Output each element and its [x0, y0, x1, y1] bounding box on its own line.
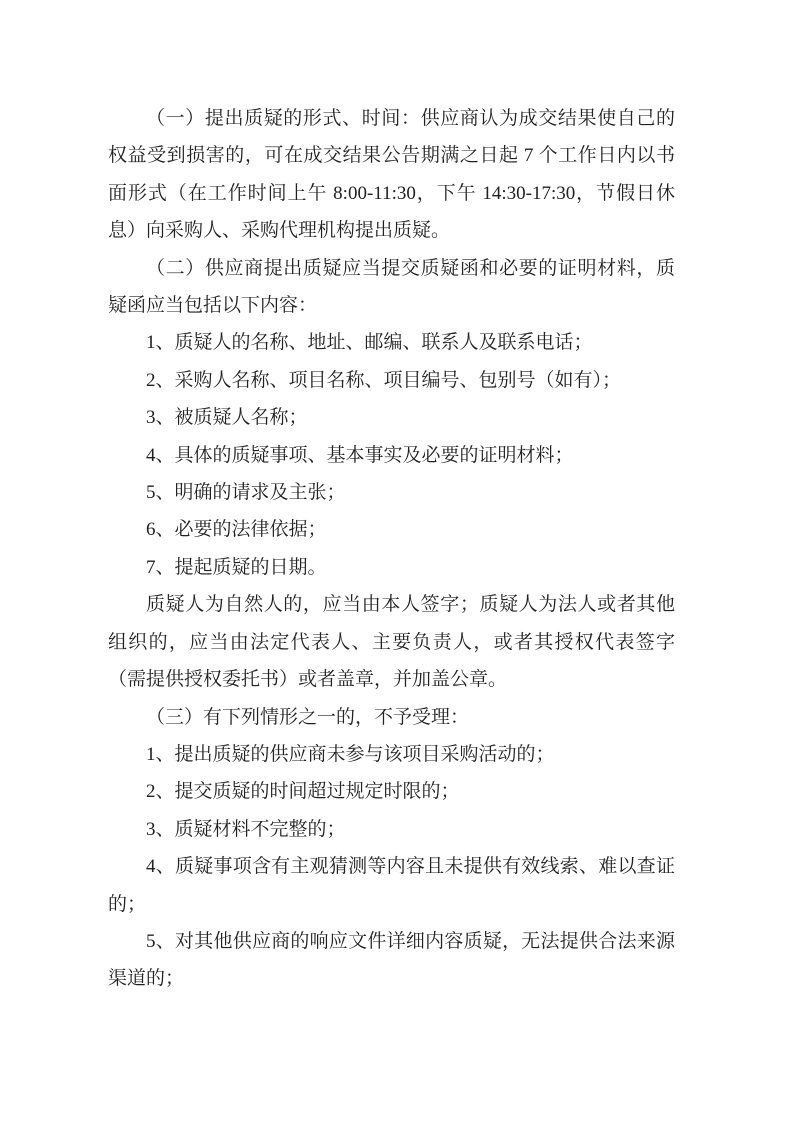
paragraph: 3、被质疑人名称； — [108, 399, 675, 436]
paragraph: 6、必要的法律依据； — [108, 511, 675, 548]
paragraph: 1、提出质疑的供应商未参与该项目采购活动的； — [108, 736, 675, 773]
paragraph: 2、提交质疑的时间超过规定时限的； — [108, 773, 675, 810]
document-body: （一）提出质疑的形式、时间：供应商认为成交结果使自己的权益受到损害的，可在成交结… — [108, 100, 675, 998]
paragraph: 2、采购人名称、项目名称、项目编号、包别号（如有）； — [108, 362, 675, 399]
document-page: （一）提出质疑的形式、时间：供应商认为成交结果使自己的权益受到损害的，可在成交结… — [0, 0, 793, 1122]
paragraph: （一）提出质疑的形式、时间：供应商认为成交结果使自己的权益受到损害的，可在成交结… — [108, 100, 675, 250]
paragraph: 7、提起质疑的日期。 — [108, 549, 675, 586]
paragraph: 4、具体的质疑事项、基本事实及必要的证明材料； — [108, 437, 675, 474]
paragraph: （三）有下列情形之一的，不予受理： — [108, 699, 675, 736]
paragraph: 3、质疑材料不完整的； — [108, 811, 675, 848]
paragraph: 1、质疑人的名称、地址、邮编、联系人及联系电话； — [108, 324, 675, 361]
paragraph: 5、对其他供应商的响应文件详细内容质疑，无法提供合法来源渠道的； — [108, 923, 675, 998]
paragraph: 质疑人为自然人的，应当由本人签字；质疑人为法人或者其他组织的，应当由法定代表人、… — [108, 586, 675, 698]
paragraph: 5、明确的请求及主张； — [108, 474, 675, 511]
paragraph: （二）供应商提出质疑应当提交质疑函和必要的证明材料，质疑函应当包括以下内容： — [108, 250, 675, 325]
paragraph: 4、质疑事项含有主观猜测等内容且未提供有效线索、难以查证的； — [108, 848, 675, 923]
